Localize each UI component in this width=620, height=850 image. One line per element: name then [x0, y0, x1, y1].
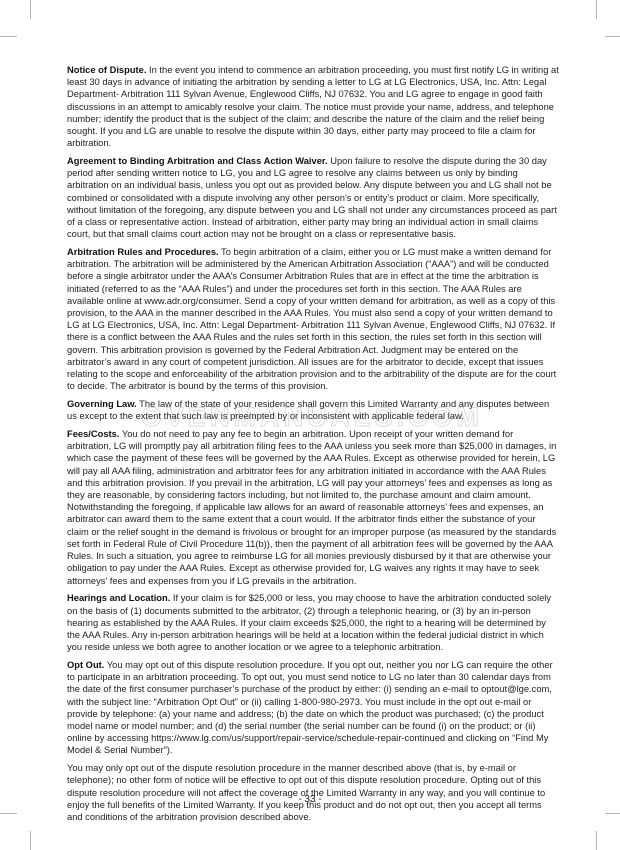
crop-mark-bottom-right-vertical: [596, 831, 597, 850]
crop-mark-top-right-vertical: [596, 0, 597, 19]
crop-mark-bottom-left-vertical: [30, 831, 31, 850]
section-heading: Notice of Dispute.: [67, 65, 146, 75]
section-body: Upon failure to resolve the dispute duri…: [67, 156, 557, 239]
section-body: In the event you intend to commence an a…: [67, 65, 559, 148]
section-heading: Fees/Costs.: [67, 429, 119, 439]
crop-mark-bottom-right-horizontal: [605, 813, 620, 814]
section-body: You do not need to pay any fee to begin …: [67, 429, 556, 585]
section-heading: Governing Law.: [67, 399, 137, 409]
section-notice-of-dispute: Notice of Dispute. In the event you inte…: [67, 64, 559, 149]
section-body: You may only opt out of the dispute reso…: [67, 763, 545, 822]
section-arbitration-rules: Arbitration Rules and Procedures. To beg…: [67, 246, 559, 392]
section-heading: Opt Out.: [67, 660, 104, 670]
section-opt-out-continued: You may only opt out of the dispute reso…: [67, 762, 559, 823]
section-hearings-location: Hearings and Location. If your claim is …: [67, 592, 559, 653]
crop-mark-top-left-horizontal: [0, 36, 17, 37]
section-heading: Hearings and Location.: [67, 593, 170, 603]
crop-mark-top-right-horizontal: [605, 36, 620, 37]
section-body: To begin arbitration of a claim, either …: [67, 247, 556, 391]
section-body: The law of the state of your residence s…: [67, 399, 549, 421]
section-fees-costs: Fees/Costs. You do not need to pay any f…: [67, 428, 559, 587]
crop-mark-bottom-left-horizontal: [0, 813, 17, 814]
page-number: - 33 -: [0, 794, 620, 805]
page-content: Notice of Dispute. In the event you inte…: [67, 64, 559, 829]
section-binding-arbitration: Agreement to Binding Arbitration and Cla…: [67, 155, 559, 240]
section-opt-out: Opt Out. You may opt out of this dispute…: [67, 659, 559, 757]
section-body: You may opt out of this dispute resoluti…: [67, 660, 553, 755]
section-heading: Agreement to Binding Arbitration and Cla…: [67, 156, 328, 166]
section-governing-law: Governing Law. The law of the state of y…: [67, 398, 559, 422]
section-heading: Arbitration Rules and Procedures.: [67, 247, 219, 257]
crop-mark-top-left-vertical: [30, 0, 31, 19]
